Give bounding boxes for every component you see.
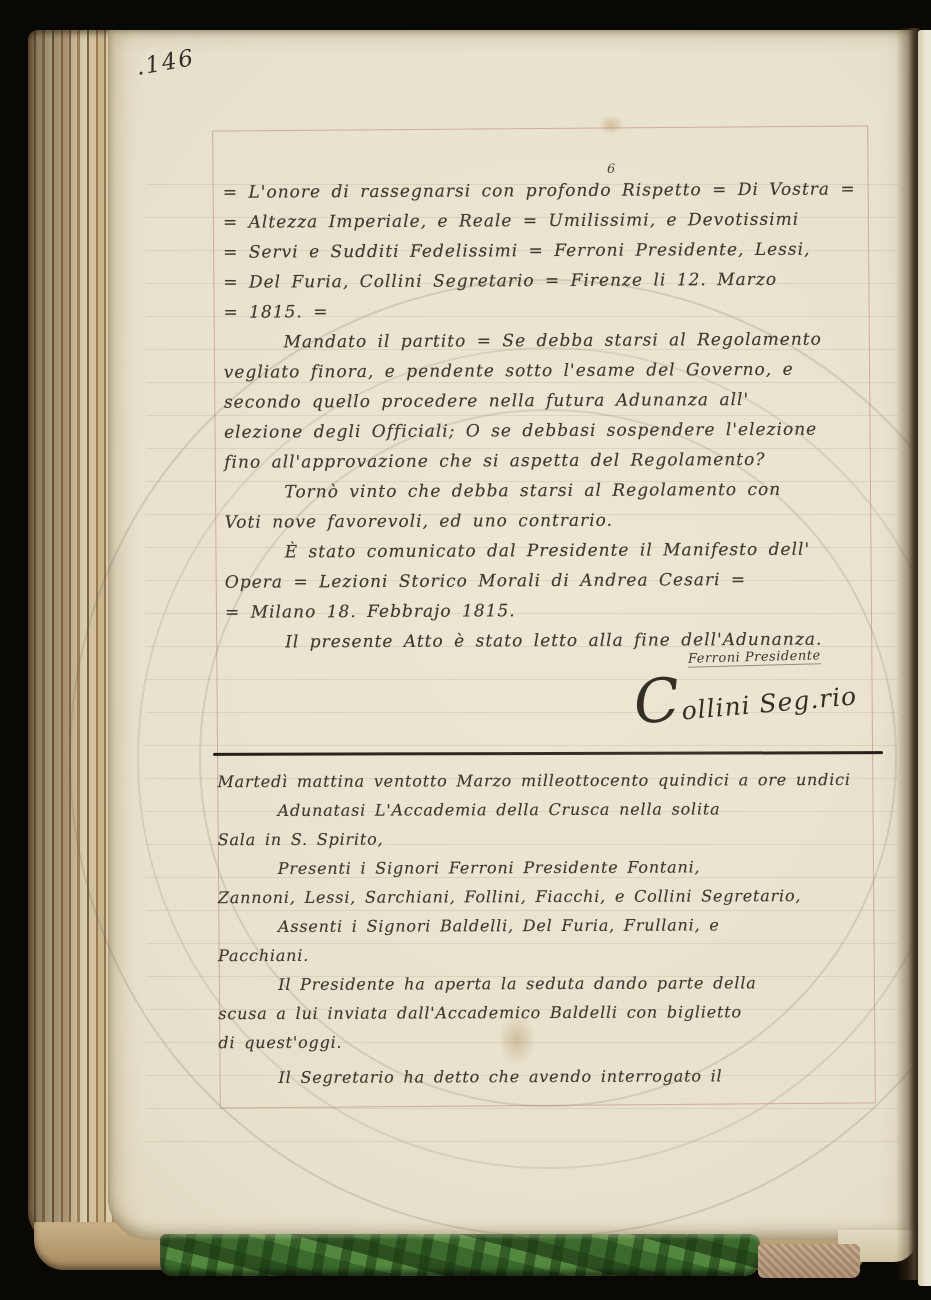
manuscript-line: Sala in S. Spirito,: [218, 823, 886, 854]
manuscript-line: = Servi e Sudditi Fedelissimi = Ferroni …: [223, 234, 885, 267]
paragraph-deliberation-question: Mandato il partito = Se debba starsi al …: [224, 324, 887, 477]
facing-page-sliver: [918, 30, 931, 1286]
book-gutter-shadow: [896, 28, 920, 1280]
manuscript-line: = L'onore di rassegnarsi con profondo Ri…: [223, 174, 885, 207]
manuscript-line: secondo quello procedere nella futura Ad…: [224, 384, 886, 417]
paragraph-session-date: Martedì mattina ventotto Marzo milleotto…: [217, 765, 885, 796]
manuscript-line: Zannoni, Lessi, Sarchiani, Follini, Fiac…: [218, 881, 886, 912]
paragraph-assembly: Adunatasi L'Accademia della Crusca nella…: [218, 794, 886, 854]
manuscript-line: elezione degli Officiali; O se debbasi s…: [224, 414, 886, 447]
manuscript-line: = 1815. =: [223, 294, 885, 327]
manuscript-line: = Altezza Imperiale, e Reale = Umilissim…: [223, 204, 885, 237]
manuscript-line: È stato comunicato dal Presidente il Man…: [225, 534, 887, 567]
manuscript-line: Il Segretario ha detto che avendo interr…: [218, 1061, 886, 1092]
manuscript-line: Mandato il partito = Se debba starsi al …: [224, 324, 886, 357]
green-marbled-edge: [160, 1234, 760, 1276]
manuscript-line: Opera = Lezioni Storico Morali di Andrea…: [225, 564, 887, 597]
brown-marbled-patch: [758, 1244, 860, 1278]
manuscript-line: Presenti i Signori Ferroni Presidente Fo…: [218, 852, 886, 883]
entry-12-march-1815: = L'onore di rassegnarsi con profondo Ri…: [223, 174, 888, 657]
manuscript-line: Assenti i Signori Baldelli, Del Furia, F…: [218, 910, 886, 941]
paragraph-secretary-statement: Il Segretario ha detto che avendo interr…: [218, 1061, 886, 1092]
paragraph-present: Presenti i Signori Ferroni Presidente Fo…: [218, 852, 886, 912]
manuscript-line: = Milano 18. Febbrajo 1815.: [225, 594, 887, 627]
manuscript-line: di quest'oggi.: [218, 1026, 886, 1057]
manuscript-line: vegliato finora, e pendente sotto l'esam…: [224, 354, 886, 387]
manuscript-line: Il Presidente ha aperta la seduta dando …: [218, 968, 886, 999]
manuscript-line: Tornò vinto che debba starsi al Regolame…: [224, 474, 886, 507]
manuscript-line: scusa a lui inviata dall'Accademico Bald…: [218, 997, 886, 1028]
manuscript-line: fino all'approvazione che si aspetta del…: [224, 444, 886, 477]
manuscript-line: = Del Furia, Collini Segretario = Firenz…: [223, 264, 885, 297]
manuscript-line: Martedì mattina ventotto Marzo milleotto…: [217, 765, 885, 796]
paragraph-manifesto: È stato comunicato dal Presidente il Man…: [225, 534, 887, 627]
paragraph-absent: Assenti i Signori Baldelli, Del Furia, F…: [218, 910, 886, 970]
manuscript-line: Voti nove favorevoli, ed uno contrario.: [224, 504, 886, 537]
manuscript-line: Pacchiani.: [218, 939, 886, 970]
entry-28-march-1815: Martedì mattina ventotto Marzo milleotto…: [217, 765, 886, 1092]
manuscript-photo: .146 6 = L'onore di rassegnarsi con prof…: [0, 0, 931, 1300]
manuscript-line: Adunatasi L'Accademia della Crusca nella…: [218, 794, 886, 825]
paragraph-president-opening: Il Presidente ha aperta la seduta dando …: [218, 968, 886, 1057]
paragraph-closing-formula: = L'onore di rassegnarsi con profondo Ri…: [223, 174, 886, 327]
paragraph-vote-result: Tornò vinto che debba starsi al Regolame…: [224, 474, 886, 537]
